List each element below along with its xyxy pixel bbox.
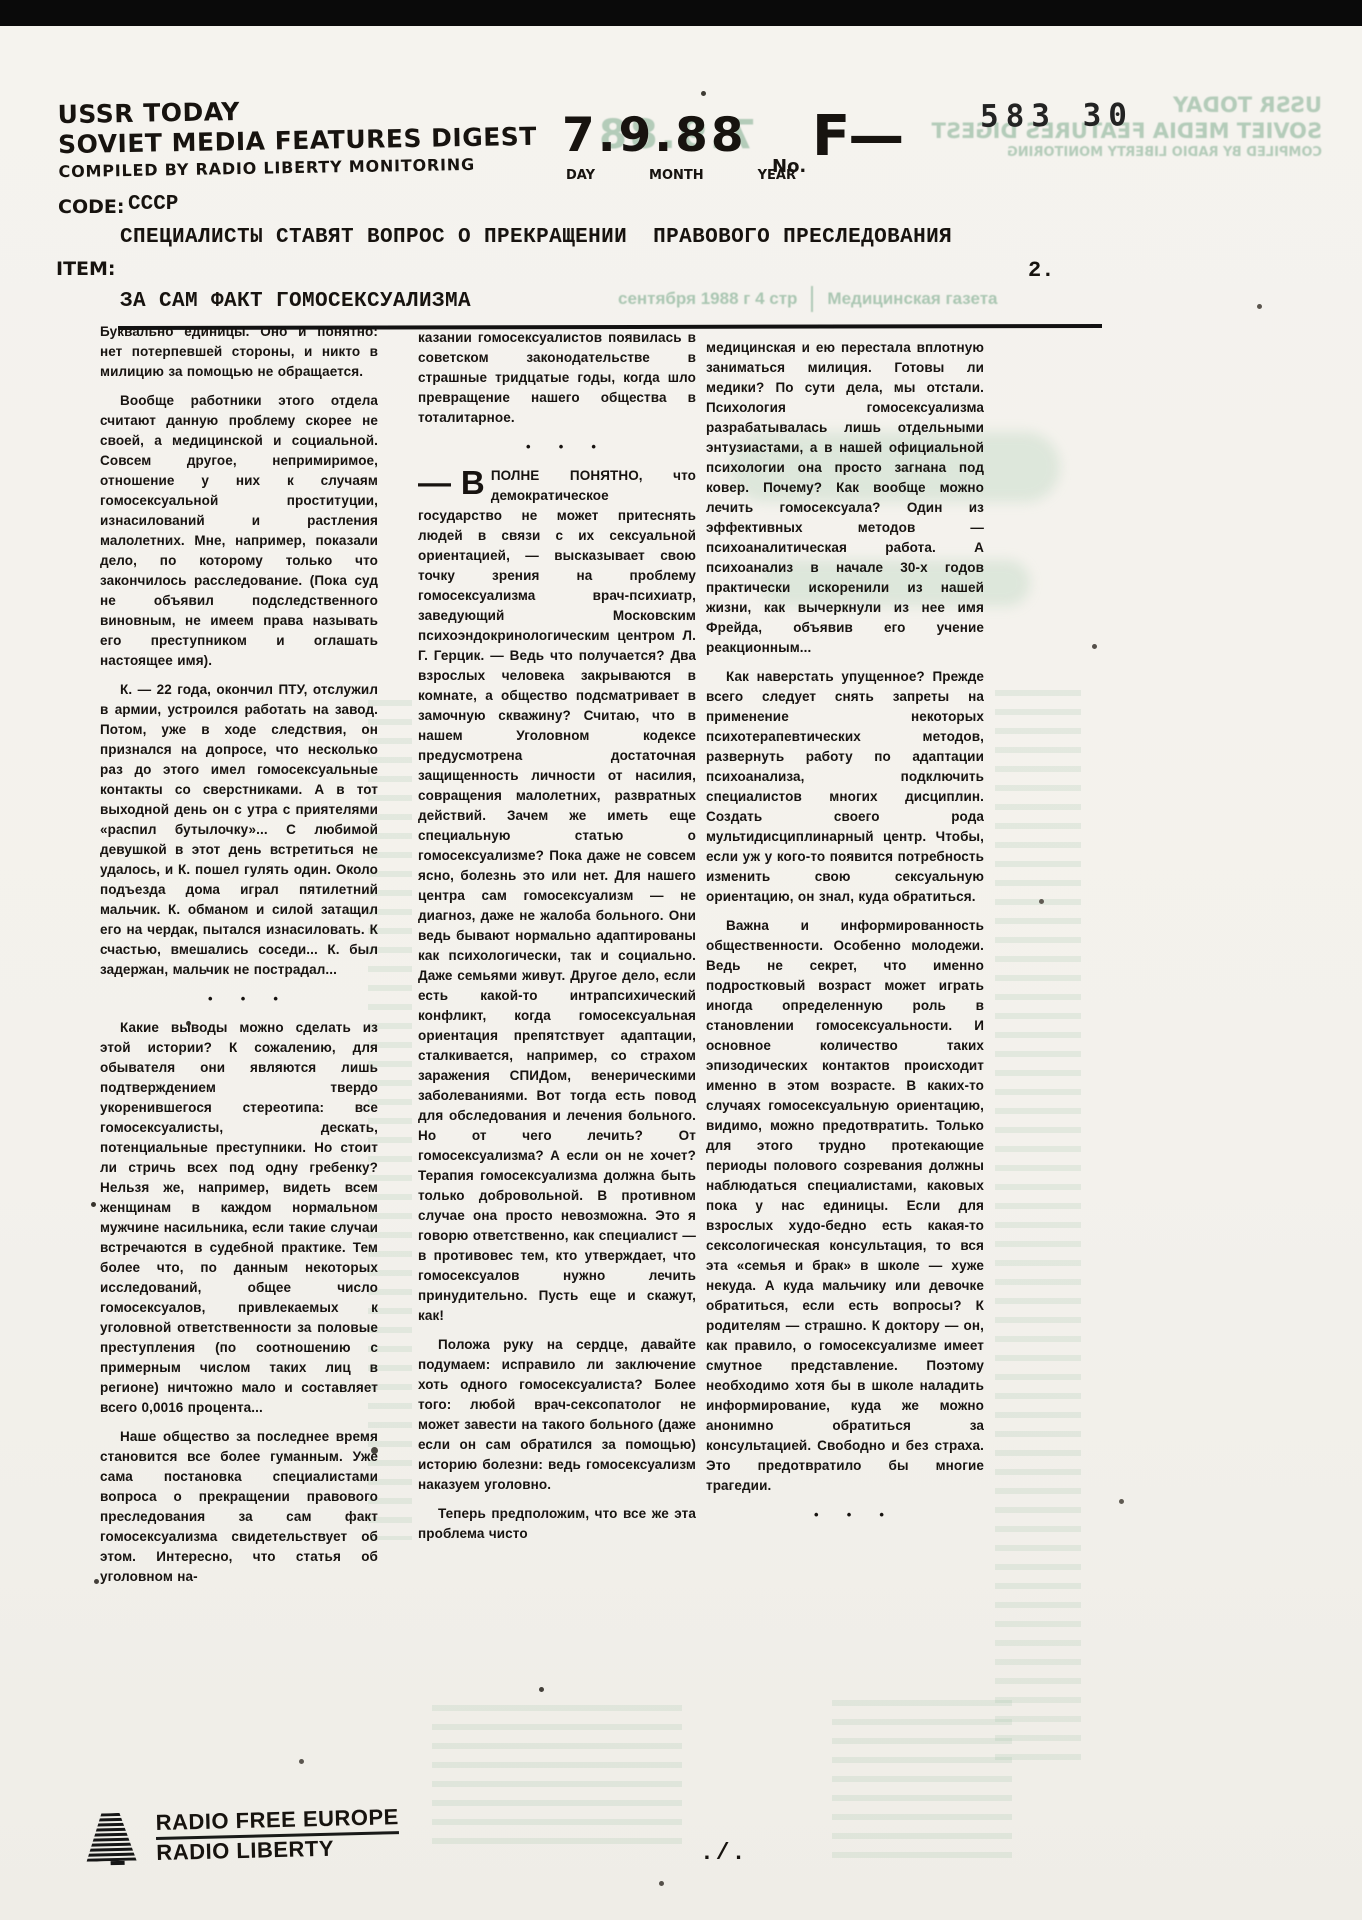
bleedthrough-text-strip bbox=[432, 1705, 682, 1855]
masthead: USSR TODAY SOVIET MEDIA FEATURES DIGEST … bbox=[57, 92, 537, 182]
article-paragraph: Теперь предположим, что все же эта пробл… bbox=[418, 1504, 696, 1544]
rfe-rl-logo: RADIO FREE EUROPE RADIO LIBERTY bbox=[79, 1804, 399, 1868]
drop-cap: — В bbox=[418, 469, 485, 497]
scanned-document-page: 7.9.88 USSR TODAY SOVIET MEDIA FEATURES … bbox=[0, 0, 1362, 1920]
page-number: 2. bbox=[1028, 258, 1054, 283]
scan-edge-bar bbox=[0, 0, 1362, 26]
section-separator: • • • bbox=[706, 1505, 984, 1525]
transmitter-tower-icon bbox=[79, 1810, 142, 1867]
item-label: ITEM: bbox=[56, 258, 116, 280]
item-title-line2: ЗА САМ ФАКТ ГОМОСЕКСУАЛИЗМА bbox=[120, 290, 471, 313]
article-paragraph: Важна и информированность общественности… bbox=[706, 916, 984, 1496]
stamped-document-number: 583 30 bbox=[980, 97, 1134, 135]
section-separator: • • • bbox=[418, 437, 696, 457]
date-value: 7.9.88 bbox=[562, 108, 747, 163]
date-field-labels: DAY MONTH YEAR bbox=[566, 168, 796, 183]
day-label: DAY bbox=[566, 168, 595, 183]
bleedthrough-text-strip bbox=[995, 690, 1081, 1770]
divider-line bbox=[811, 286, 813, 312]
article-paragraph: Как наверстать упущенное? Прежде всего с… bbox=[706, 667, 984, 907]
article-paragraph: медицинская и ею перестала вплотную зани… bbox=[706, 338, 984, 658]
bleedthrough-edition: сентября 1988 г 4 стр bbox=[618, 289, 797, 309]
bleedthrough-paper-title: Медицинская газета bbox=[827, 289, 997, 309]
article-paragraph: Буквально единицы. Оно и понятно: нет по… bbox=[100, 322, 378, 382]
section-separator: • • • bbox=[100, 989, 378, 1009]
continuation-mark: ./. bbox=[700, 1840, 747, 1866]
code-value: СССР bbox=[128, 193, 178, 216]
article-paragraph: Наше общество за последнее время станови… bbox=[100, 1427, 378, 1587]
article-paragraph: Какие выводы можно сделать из этой истор… bbox=[100, 1018, 378, 1418]
code-label: CODE: bbox=[58, 196, 124, 218]
article-paragraph: — ВПОЛНЕ ПОНЯТНО, что демократическое го… bbox=[418, 466, 696, 1326]
item-title-line1: СПЕЦИАЛИСТЫ СТАВЯТ ВОПРОС О ПРЕКРАЩЕНИИ … bbox=[120, 226, 952, 249]
scan-speckles bbox=[0, 0, 3, 3]
number-label: No. bbox=[772, 156, 806, 177]
rfe-wordmark-line2: RADIO LIBERTY bbox=[156, 1834, 400, 1866]
month-label: MONTH bbox=[649, 168, 704, 183]
series-letter: F— bbox=[812, 104, 902, 169]
rfe-rl-wordmark: RADIO FREE EUROPE RADIO LIBERTY bbox=[155, 1804, 399, 1866]
article-column-1: Буквально единицы. Оно и понятно: нет по… bbox=[100, 322, 378, 1596]
masthead-line3: COMPILED BY RADIO LIBERTY MONITORING bbox=[58, 155, 537, 182]
article-column-2: казании гомосексуалистов появилась в сов… bbox=[418, 328, 696, 1553]
article-paragraph: казании гомосексуалистов появилась в сов… bbox=[418, 328, 696, 428]
paragraph-text: ПОЛНЕ ПОНЯТНО, что демократическое госуд… bbox=[418, 468, 696, 1323]
article-paragraph: Положа руку на сердце, давайте подумаем:… bbox=[418, 1335, 696, 1495]
article-paragraph: Вообще работники этого отдела считают да… bbox=[100, 391, 378, 671]
article-column-3: медицинская и ею перестала вплотную зани… bbox=[706, 338, 984, 1534]
bleedthrough-newspaper-name: сентября 1988 г 4 стр Медицинская газета bbox=[618, 286, 998, 312]
bleedthrough-text-strip bbox=[832, 1700, 1012, 1865]
article-paragraph: К. — 22 года, окончил ПТУ, отслужил в ар… bbox=[100, 680, 378, 980]
bleedthrough-header-line: COMPILED BY RADIO LIBERTY MONITORING bbox=[852, 145, 1322, 161]
